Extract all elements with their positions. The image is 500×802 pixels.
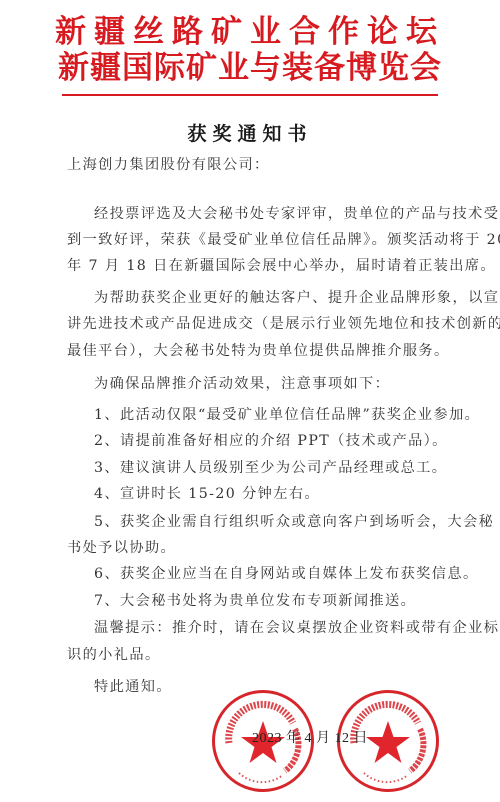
notice-item-6: 6、获奖企业应当在自身网站或自媒体上发布获奖信息。 <box>94 565 479 583</box>
letterhead-divider <box>62 94 438 96</box>
document-title: 获奖通知书 <box>0 119 500 146</box>
letterhead-line-2: 新疆国际矿业与装备博览会 <box>0 50 500 86</box>
notice-item-3: 3、建议演讲人员级别至少为公司产品经理或总工。 <box>94 459 447 477</box>
notice-item-1: 1、此活动仅限“最受矿业单位信任品牌”获奖企业参加。 <box>94 406 480 424</box>
paragraph-line: 讲先进技术或产品促进成交（是展示行业领先地位和技术创新的 <box>67 315 500 333</box>
paragraph-line: 为帮助获奖企业更好的触达客户、提升企业品牌形象，以宣 <box>94 289 499 307</box>
notice-item-7: 7、大会秘书处将为贵单位发布专项新闻推送。 <box>94 592 416 610</box>
paragraph-line: 最佳平台），大会秘书处特为贵单位提供品牌推介服务。 <box>67 342 450 360</box>
notice-item-5-cont: 书处予以协助。 <box>67 539 176 557</box>
paragraph-line: 到一致好评，荣获《最受矿业单位信任品牌》。颁奖活动将于 2023 <box>67 231 500 249</box>
letterhead-line-1: 新疆丝路矿业合作论坛 <box>0 14 500 50</box>
paragraph-line: 为确保品牌推介活动效果，注意事项如下： <box>94 375 390 393</box>
issue-date: 2023 年 4 月 12 日 <box>252 727 368 747</box>
tip-line: 温馨提示：推介时，请在会议桌摆放企业资料或带有企业标 <box>94 619 499 637</box>
notice-item-5: 5、获奖企业需自行组织听众或意向客户到场听会，大会秘 <box>94 513 494 531</box>
notice-item-4: 4、宣讲时长 15-20 分钟左右。 <box>94 485 320 503</box>
letterhead: 新疆丝路矿业合作论坛 新疆国际矿业与装备博览会 <box>0 14 500 86</box>
closing: 特此通知。 <box>94 678 172 696</box>
recipient: 上海创力集团股份有限公司： <box>67 156 270 174</box>
paragraph-line: 经投票评选及大会秘书处专家评审，贵单位的产品与技术受 <box>94 205 499 223</box>
tip-line: 识的小礼品。 <box>67 646 161 664</box>
paragraph-line: 年 7 月 18 日在新疆国际会展中心举办，届时请着正装出席。 <box>67 257 496 275</box>
notice-item-2: 2、请提前准备好相应的介绍 PPT（技术或产品）。 <box>94 432 448 450</box>
